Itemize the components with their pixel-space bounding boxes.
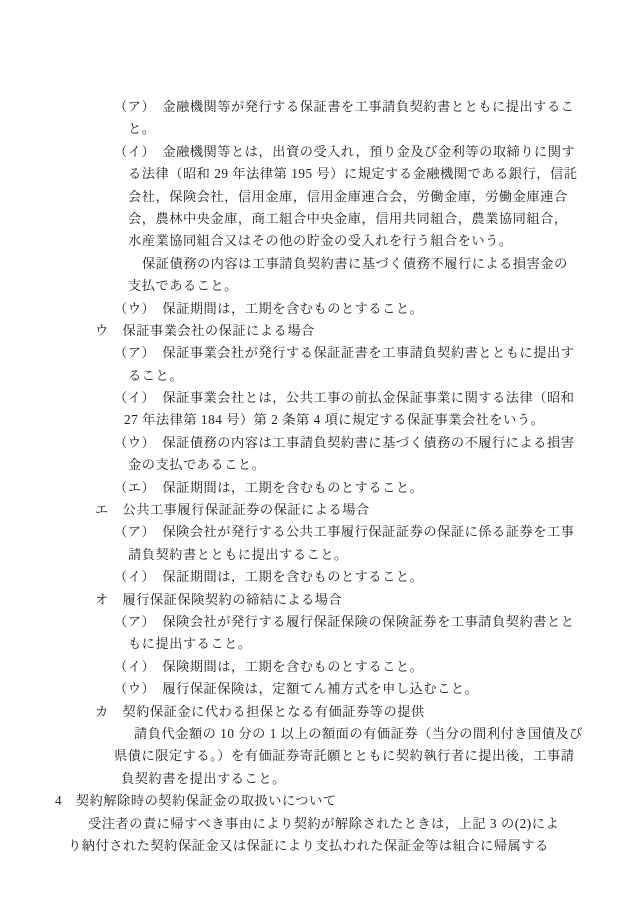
document-page: （ア） 金融機関等が発行する保証書を工事請負契約書とともに提出するこ と。 （イ…	[0, 0, 630, 915]
text-line: 負契約書を提出すること。	[0, 768, 630, 790]
text-line: 請負契約書とともに提出すること。	[0, 544, 630, 566]
text-line: （ア） 保険会社が発行する公共工事履行保証証券の保証に係る証券を工事	[0, 521, 630, 543]
text-line: （イ） 金融機関等とは，出資の受入れ，預り金及び金利等の取締りに関す	[0, 141, 630, 163]
text-line: （イ） 保証事業会社とは，公共工事の前払金保証事業に関する法律（昭和	[0, 387, 630, 409]
text-line: （イ） 保険期間は，工期を含むものとすること。	[0, 656, 630, 678]
text-line: 保証債務の内容は工事請負契約書に基づく債務不履行による損害金の	[0, 253, 630, 275]
text-line: ること。	[0, 365, 630, 387]
text-line: （エ） 保証期間は，工期を含むものとすること。	[0, 477, 630, 499]
katakana-item-e-heading: エ 公共工事履行保証証券の保証による場合	[0, 499, 630, 521]
text-line: 27 年法律第 184 号）第 2 条第 4 項に規定する保証事業会社をいう。	[0, 409, 630, 431]
text-line: と。	[0, 118, 630, 140]
text-line: （ウ） 履行保証保険は，定額てん補方式を申し込むこと。	[0, 678, 630, 700]
text-line: 県債に限定する。）を有価証券寄託願とともに契約執行者に提出後，工事請	[0, 745, 630, 767]
text-line: 水産業協同組合又はその他の貯金の受入れを行う組合をいう。	[0, 230, 630, 252]
section-4-heading: 4 契約解除時の契約保証金の取扱いについて	[0, 790, 630, 812]
text-line: （ア） 保険会社が発行する履行保証保険の保険証券を工事請負契約書とと	[0, 611, 630, 633]
katakana-item-ka-heading: カ 契約保証金に代わる担保となる有価証券等の提供	[0, 701, 630, 723]
text-line: り納付された契約保証金又は保証により支払われた保証金等は組合に帰属する	[0, 835, 630, 857]
text-line: 金の支払であること。	[0, 454, 630, 476]
text-line: （イ） 保証期間は，工期を含むものとすること。	[0, 566, 630, 588]
text-line: （ウ） 保証期間は，工期を含むものとすること。	[0, 298, 630, 320]
text-line: 請負代金額の 10 分の 1 以上の額面の有価証券（当分の間利付き国債及び	[0, 723, 630, 745]
katakana-item-o-heading: オ 履行保証保険契約の締結による場合	[0, 589, 630, 611]
text-line: る法律（昭和 29 年法律第 195 号）に規定する金融機関である銀行，信託	[0, 163, 630, 185]
text-line: （ア） 金融機関等が発行する保証書を工事請負契約書とともに提出するこ	[0, 96, 630, 118]
text-line: 会，農林中央金庫，商工組合中央金庫，信用共同組合，農業協同組合，	[0, 208, 630, 230]
text-line: 会社，保険会社，信用金庫，信用金庫連合会，労働金庫，労働金庫連合	[0, 186, 630, 208]
text-line: 支払であること。	[0, 275, 630, 297]
text-line: （ア） 保証事業会社が発行する保証証書を工事請負契約書とともに提出す	[0, 342, 630, 364]
document-text: （ア） 金融機関等が発行する保証書を工事請負契約書とともに提出するこ と。 （イ…	[0, 96, 630, 857]
text-line: （ウ） 保証債務の内容は工事請負契約書に基づく債務の不履行による損害	[0, 432, 630, 454]
katakana-item-u-heading: ウ 保証事業会社の保証による場合	[0, 320, 630, 342]
text-line: もに提出すること。	[0, 633, 630, 655]
text-line: 受注者の責に帰すべき事由により契約が解除されたときは，上記 3 の(2)によ	[0, 813, 630, 835]
